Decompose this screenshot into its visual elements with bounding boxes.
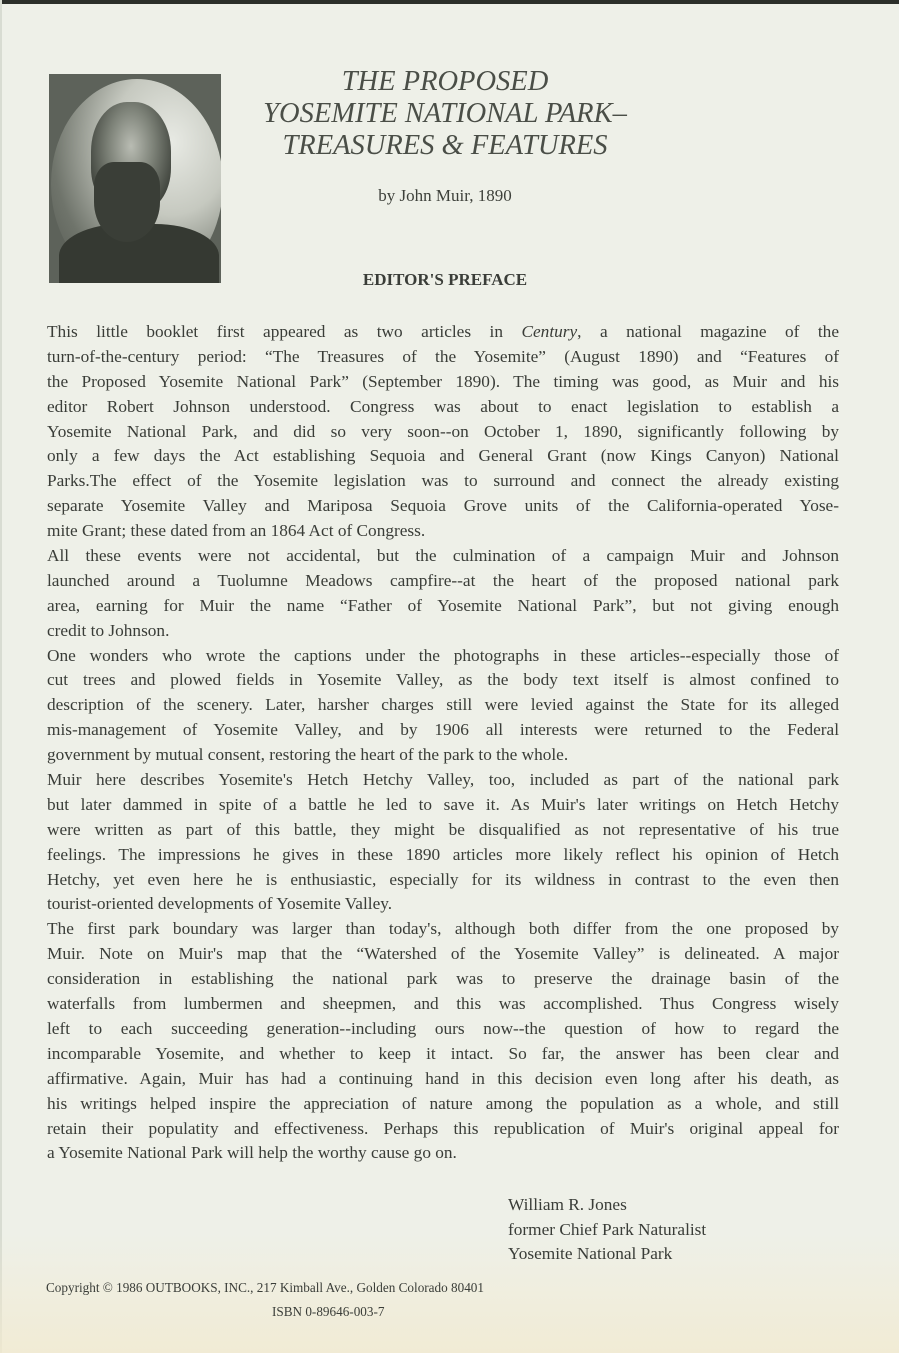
- text-line: area, earning for Muir the name “Father …: [47, 594, 839, 619]
- paragraph-5: The first park boundary was larger than …: [47, 917, 839, 1166]
- text-line: government by mutual consent, restoring …: [47, 743, 839, 768]
- section-heading: EDITOR'S PREFACE: [220, 270, 670, 290]
- paragraph-2: All these events were not accidental, bu…: [47, 544, 839, 644]
- text-line: affirmative. Again, Muir has had a conti…: [47, 1067, 839, 1092]
- paragraph-1: This little booklet first appeared as tw…: [47, 320, 839, 544]
- preface-body: This little booklet first appeared as tw…: [47, 320, 839, 1166]
- paragraph-4: Muir here describes Yosemite's Hetch Het…: [47, 768, 839, 917]
- isbn: ISBN 0-89646-003-7: [272, 1304, 384, 1320]
- page-title: THE PROPOSED YOSEMITE NATIONAL PARK– TRE…: [220, 66, 670, 162]
- text-line: a Yosemite National Park will help the w…: [47, 1141, 839, 1166]
- text-line: Parks.The effect of the Yosemite legisla…: [47, 469, 839, 494]
- text-line: All these events were not accidental, bu…: [47, 544, 839, 569]
- text-line: editor Robert Johnson understood. Congre…: [47, 395, 839, 420]
- text-line: mite Grant; these dated from an 1864 Act…: [47, 519, 839, 544]
- text-line: launched around a Tuolumne Meadows campf…: [47, 569, 839, 594]
- text-line: but later dammed in spite of a battle he…: [47, 793, 839, 818]
- text-line: Muir. Note on Muir's map that the “Water…: [47, 942, 839, 967]
- signature-role: former Chief Park Naturalist: [508, 1218, 706, 1243]
- paragraph-3: One wonders who wrote the captions under…: [47, 644, 839, 768]
- title-line-2: YOSEMITE NATIONAL PARK–: [220, 98, 670, 130]
- text-line: turn-of-the-century period: “The Treasur…: [47, 345, 839, 370]
- portrait-beard: [94, 162, 160, 242]
- text-line: The first park boundary was larger than …: [47, 917, 839, 942]
- text-line: incomparable Yosemite, and whether to ke…: [47, 1042, 839, 1067]
- portrait-photo: [49, 74, 221, 283]
- text-line: retain their populatity and effectivenes…: [47, 1117, 839, 1142]
- byline: by John Muir, 1890: [220, 186, 670, 206]
- title-line-3: TREASURES & FEATURES: [220, 130, 670, 162]
- text-line: only a few days the Act establishing Seq…: [47, 444, 839, 469]
- text-line: were written as part of this battle, the…: [47, 818, 839, 843]
- text-line: the Proposed Yosemite National Park” (Se…: [47, 370, 839, 395]
- copyright-notice: Copyright © 1986 OUTBOOKS, INC., 217 Kim…: [46, 1280, 484, 1296]
- text-line: description of the scenery. Later, harsh…: [47, 693, 839, 718]
- text-line: One wonders who wrote the captions under…: [47, 644, 839, 669]
- text-line: Hetchy, yet even here he is enthusiastic…: [47, 868, 839, 893]
- signature-block: William R. Jones former Chief Park Natur…: [508, 1193, 706, 1267]
- text-line: feelings. The impressions he gives in th…: [47, 843, 839, 868]
- magazine-title: Century: [521, 322, 577, 341]
- title-line-1: THE PROPOSED: [220, 66, 670, 98]
- text-line: his writings helped inspire the apprecia…: [47, 1092, 839, 1117]
- signature-name: William R. Jones: [508, 1193, 706, 1218]
- text-line: waterfalls from lumbermen and sheepmen, …: [47, 992, 839, 1017]
- text-line: Yosemite National Park, and did so very …: [47, 420, 839, 445]
- text-line: This little booklet first appeared as tw…: [47, 320, 839, 345]
- text-line: tourist-oriented developments of Yosemit…: [47, 892, 839, 917]
- text-line: credit to Johnson.: [47, 619, 839, 644]
- text-line: left to each succeeding generation--incl…: [47, 1017, 839, 1042]
- page-top-edge: [0, 0, 899, 4]
- text-line: separate Yosemite Valley and Mariposa Se…: [47, 494, 839, 519]
- text-line: Muir here describes Yosemite's Hetch Het…: [47, 768, 839, 793]
- text-line: cut trees and plowed fields in Yosemite …: [47, 668, 839, 693]
- signature-place: Yosemite National Park: [508, 1242, 706, 1267]
- page-left-edge: [0, 0, 2, 1353]
- text-line: mis-management of Yosemite Valley, and b…: [47, 718, 839, 743]
- text-line: consideration in establishing the nation…: [47, 967, 839, 992]
